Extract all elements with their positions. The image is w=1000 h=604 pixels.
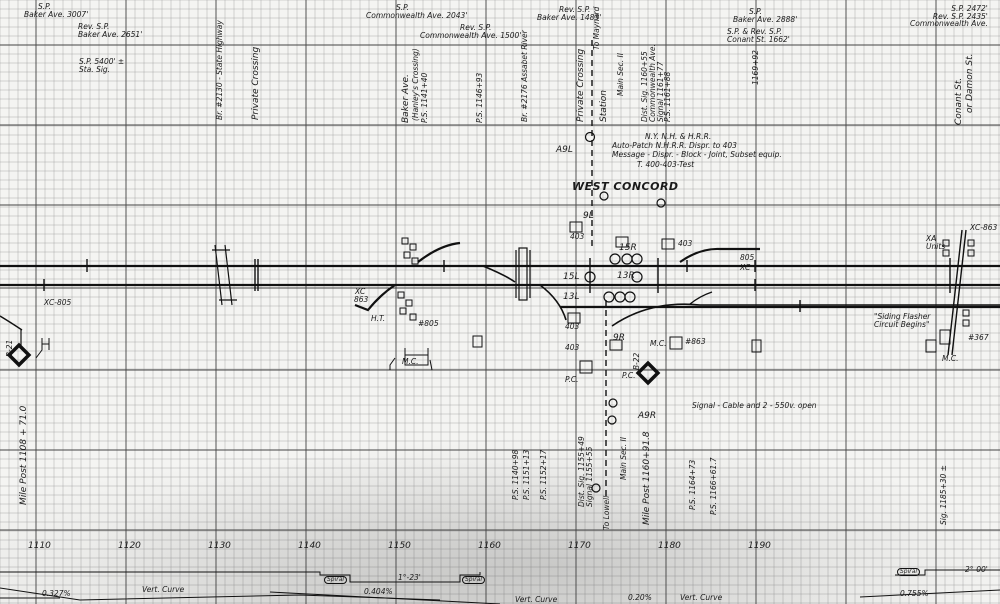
- label-805: #805: [418, 320, 439, 328]
- vert-curve-label-1: Vert. Curve: [142, 586, 184, 594]
- mile-tick-1120: 1120: [118, 542, 141, 551]
- spiral-label-1: Spiral: [324, 576, 347, 584]
- label-xc-863-bottom: 863: [354, 296, 368, 304]
- signal-label-a9l: A9L: [556, 146, 573, 155]
- label-sig-1185: Sig. 1185+30 ±: [940, 465, 948, 525]
- bridge-2130: [212, 245, 237, 305]
- signal-label-b22: B-22: [633, 353, 641, 370]
- mile-tick-1110: 1110: [28, 542, 51, 551]
- label-private-crossing-1: Private Crossing: [252, 47, 261, 120]
- note-signal-cable: Signal - Cable and 2 - 550v. open: [692, 402, 817, 410]
- label-to-maynard: To Maynard: [593, 7, 601, 50]
- label-signal-1155: Signal 1155+55: [586, 447, 594, 507]
- turnout-far-left: [0, 316, 22, 330]
- signal-label-9l: 9L: [583, 212, 594, 221]
- note-auto-patch: Auto-Patch N.H.R.R. Dispr. to 403: [612, 142, 737, 150]
- label-conant-st: Conant St.: [955, 78, 964, 125]
- signal-label-15l: 15L: [563, 273, 579, 282]
- label-baker-ave: Baker Ave.: [402, 74, 411, 123]
- mile-tick-1190: 1190: [748, 542, 771, 551]
- signal-b22-diamond: [638, 363, 658, 383]
- label-pc-1: P.C.: [565, 376, 579, 384]
- curve-label-1: 1°-23': [398, 574, 421, 582]
- note-message: Message - Dispr. - Block - Joint, Subset…: [612, 151, 782, 159]
- main-tracks: [0, 243, 1000, 330]
- signal-label-9r: 9R: [613, 334, 625, 343]
- grade-label-4: 0.755%: [900, 590, 929, 598]
- label-damon-st: or Damon St.: [966, 54, 975, 113]
- note-sp-baker-2888: S.P. Baker Ave. 2888': [733, 8, 797, 23]
- label-ps-1141-40: P.S. 1141+40: [421, 73, 429, 123]
- label-403-a: 403: [570, 233, 584, 241]
- label-mc-2: M.C.: [650, 340, 666, 348]
- mile-tick-1180: 1180: [658, 542, 681, 551]
- note-sp-sta-sig: S.P. 5400' ± Sta. Sig.: [79, 58, 124, 73]
- label-station: Station: [600, 90, 609, 122]
- signal-label-b21: B-21: [6, 340, 14, 357]
- label-xc-right: XC: [740, 264, 750, 272]
- signal-b21-diamond: [9, 330, 49, 365]
- track-plan-sheet: S.P. Baker Ave. 3007' Rev. S.P. Baker Av…: [0, 0, 1000, 604]
- turnout-baker: [418, 243, 460, 262]
- label-xa-units: XA Units: [926, 235, 950, 252]
- label-main-sec-ii-top: Main Sec. II: [617, 53, 625, 96]
- grade-label-2: 0.404%: [364, 588, 393, 596]
- label-ps-1152-17: P.S. 1152+17: [540, 450, 548, 500]
- mile-tick-1140: 1140: [298, 542, 321, 551]
- signal-label-15r: 15R: [619, 244, 637, 253]
- label-805-right: 805: [740, 254, 754, 262]
- grade-label-3: 0.20%: [628, 594, 652, 602]
- signal-label-a9r: A9R: [638, 412, 656, 421]
- label-403-c: 403: [565, 323, 579, 331]
- label-mc-3: M.C.: [942, 355, 958, 363]
- note-siding-flasher: "Siding Flasher Circuit Begins": [874, 313, 944, 330]
- label-br-2130: Br. #2130 - State Highway: [216, 20, 224, 120]
- label-mile-post-1160: Mile Post 1160+91.8: [643, 431, 652, 525]
- note-sp-rev-sp-conant: S.P. & Rev. S.P. Conant St. 1662': [727, 28, 790, 43]
- label-pc-2: P.C.: [622, 372, 636, 380]
- label-ps-1146-93: P.S. 1146+93: [476, 73, 484, 123]
- label-ps-1140-98: P.S. 1140+98: [512, 450, 520, 500]
- note-sp-2472: S.P. 2472' Rev. S.P. 2435' Commonwealth …: [924, 5, 988, 28]
- label-403-b: 403: [678, 240, 692, 248]
- label-mc-1: M.C.: [402, 358, 418, 366]
- note-sp-commonwealth-2043: S.P. Commonwealth Ave. 2043': [366, 4, 467, 19]
- note-sp-baker-3007: S.P. Baker Ave. 3007': [38, 3, 88, 18]
- bridge-2176: [516, 248, 530, 300]
- label-ps-1166-61: P.S. 1166+61.7: [710, 458, 718, 515]
- label-ps-1164-73: P.S. 1164+73: [689, 460, 697, 510]
- note-nynhhr: N.Y. N.H. & H.R.R.: [645, 133, 711, 141]
- relay-cases: [473, 222, 950, 373]
- label-863: #863: [685, 338, 706, 346]
- label-403-d: 403: [565, 344, 579, 352]
- track-diagram: [0, 0, 1000, 604]
- label-ps-1169-92: 1169+92: [752, 50, 760, 85]
- label-ht: H.T.: [371, 315, 385, 323]
- mile-tick-1150: 1150: [388, 542, 411, 551]
- spiral-label-3: Spiral: [897, 568, 920, 576]
- station-title: WEST CONCORD: [572, 181, 679, 192]
- label-hanleys-crossing: (Hanley's Crossing): [412, 48, 420, 121]
- label-to-lowell: To Lowell: [603, 496, 611, 530]
- label-mile-post-1108: Mile Post 1108 + 71.0: [20, 406, 29, 505]
- label-ps-1161-88: P.S. 1161+88: [664, 72, 672, 122]
- label-private-crossing-2: Private Crossing: [577, 49, 586, 122]
- label-ps-1151-13: P.S. 1151+13: [523, 450, 531, 500]
- note-rev-sp-baker-2651: Rev. S.P. Baker Ave. 2651': [78, 23, 142, 38]
- note-rev-sp-commonwealth-1500: Rev. S.P. Commonwealth Ave. 1500': [420, 24, 521, 39]
- label-main-sec-ii-bottom: Main Sec. II: [620, 437, 628, 480]
- signal-label-13r: 13R: [617, 272, 635, 281]
- turnout-assabet: [483, 266, 515, 282]
- grade-label-1: 0.327%: [42, 590, 71, 598]
- signal-label-13l: 13L: [563, 293, 579, 302]
- turnout-east-lower: [690, 292, 712, 304]
- label-xc-805-left: XC-805: [44, 299, 71, 307]
- mile-tick-1170: 1170: [568, 542, 591, 551]
- curve-label-2: 2°-00': [965, 566, 988, 574]
- label-br-2176: Br. #2176 Assabet River: [521, 30, 529, 122]
- mile-tick-1130: 1130: [208, 542, 231, 551]
- note-test: T. 400-403-Test: [637, 161, 694, 169]
- vert-curve-label-2: Vert. Curve: [515, 596, 557, 604]
- label-367: #367: [968, 334, 989, 342]
- vert-curve-label-3: Vert. Curve: [680, 594, 722, 602]
- label-xc-863-right: XC-863: [970, 224, 997, 232]
- spiral-label-2: Spiral: [462, 576, 485, 584]
- turnout-west: [540, 285, 566, 320]
- mile-tick-1160: 1160: [478, 542, 501, 551]
